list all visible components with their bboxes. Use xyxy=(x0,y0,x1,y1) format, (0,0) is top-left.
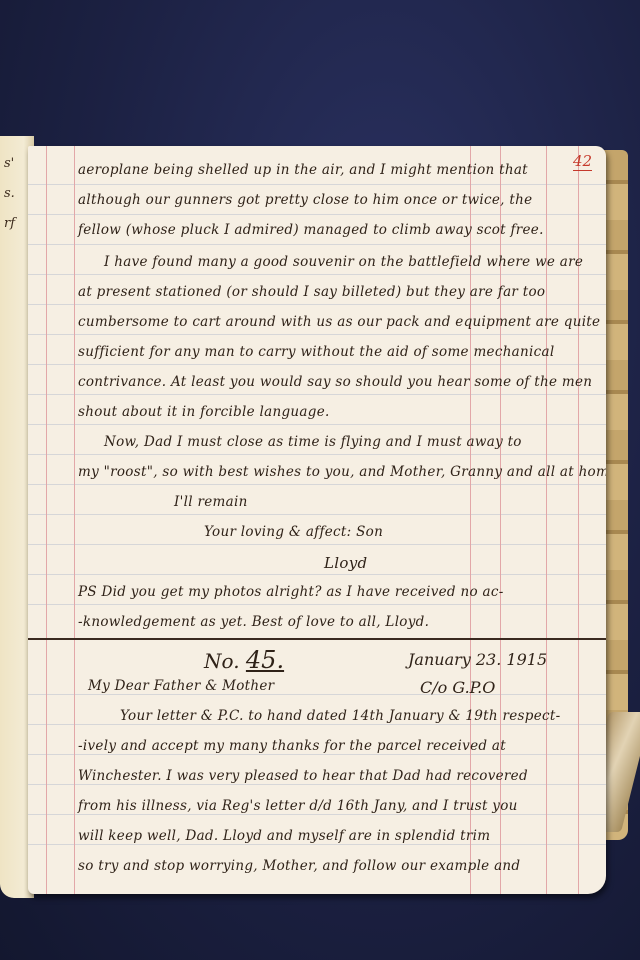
ruled-line xyxy=(28,304,606,305)
ruled-line xyxy=(28,574,606,575)
letter-line: so try and stop worrying, Mother, and fo… xyxy=(78,858,520,874)
ruled-line xyxy=(28,514,606,515)
letter-line: at present stationed (or should I say bi… xyxy=(78,284,545,300)
salutation: My Dear Father & Mother xyxy=(88,678,274,694)
letter-number-label: No. xyxy=(204,649,240,673)
ruled-line xyxy=(28,844,606,845)
letter-line: I have found many a good souvenir on the… xyxy=(104,254,583,270)
margin-rule xyxy=(74,146,75,894)
letter-line: Now, Dad I must close as time is flying … xyxy=(104,434,522,450)
ruled-line xyxy=(28,814,606,815)
page-number: 42 xyxy=(573,152,592,171)
postscript-line: PS Did you get my photos alright? as I h… xyxy=(78,584,504,600)
postscript-line: -knowledgement as yet. Best of love to a… xyxy=(78,614,429,630)
ruled-line xyxy=(28,544,606,545)
letter-line: cumbersome to cart around with us as our… xyxy=(78,314,600,330)
ruled-line xyxy=(28,724,606,725)
left-page-fragment: s. xyxy=(4,186,15,201)
letter-line: -ively and accept my many thanks for the… xyxy=(78,738,506,754)
letter-line: from his illness, via Reg's letter d/d 1… xyxy=(78,798,518,814)
ruled-line xyxy=(28,484,606,485)
letter-date: January 23. 1915 xyxy=(408,650,547,669)
letter-line: my "roost", so with best wishes to you, … xyxy=(78,464,606,480)
signature: Lloyd xyxy=(324,554,367,572)
letter-divider xyxy=(28,638,606,640)
left-page-fragment: s' xyxy=(4,156,14,171)
left-page-fragment: rf xyxy=(4,216,15,231)
letter-line: Your letter & P.C. to hand dated 14th Ja… xyxy=(120,708,560,724)
ruled-line xyxy=(28,184,606,185)
valediction: Your loving & affect: Son xyxy=(204,524,383,540)
ruled-line xyxy=(28,364,606,365)
letter-line: although our gunners got pretty close to… xyxy=(78,192,532,208)
letter-line: shout about it in forcible language. xyxy=(78,404,330,420)
letter-line: contrivance. At least you would say so s… xyxy=(78,374,592,390)
letter-line: Winchester. I was very pleased to hear t… xyxy=(78,768,528,784)
letter-number: No. 45. xyxy=(204,646,284,674)
ruled-line xyxy=(28,754,606,755)
ruled-line xyxy=(28,394,606,395)
ruled-line xyxy=(28,454,606,455)
letter-line: fellow (whose pluck I admired) managed t… xyxy=(78,222,544,238)
letter-line: aeroplane being shelled up in the air, a… xyxy=(78,162,528,178)
ruled-line xyxy=(28,244,606,245)
letter-number-value: 45. xyxy=(246,646,284,674)
ruled-line xyxy=(28,334,606,335)
ruled-line xyxy=(28,604,606,605)
ruled-line xyxy=(28,424,606,425)
letter-address: C/o G.P.O xyxy=(420,678,495,697)
ruled-line xyxy=(28,274,606,275)
letter-line: will keep well, Dad. Lloyd and myself ar… xyxy=(78,828,490,844)
ruled-line xyxy=(28,784,606,785)
letter-page: 42 aeroplane being shelled up in the air… xyxy=(28,146,606,894)
ruled-line xyxy=(28,694,606,695)
letter-line: sufficient for any man to carry without … xyxy=(78,344,554,360)
closing: I'll remain xyxy=(174,494,248,510)
ruled-line xyxy=(28,214,606,215)
margin-rule xyxy=(46,146,47,894)
